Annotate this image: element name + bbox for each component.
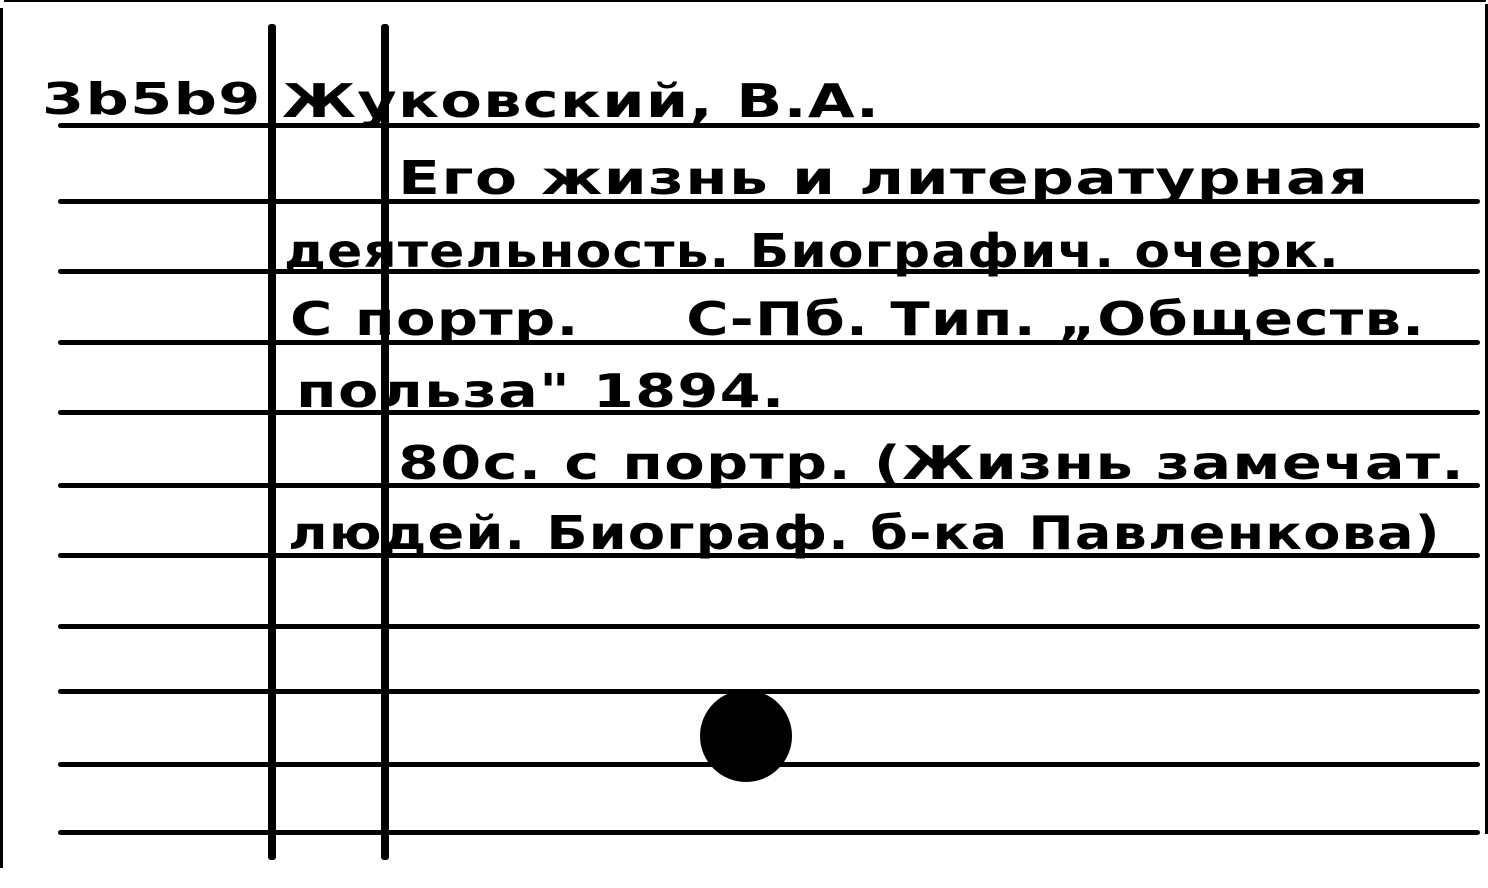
margin-rule-right	[381, 24, 389, 860]
entry-line-4: польза" 1894.	[296, 368, 786, 414]
margin-rule-left	[268, 24, 276, 860]
entry-line-3: С портр. С-Пб. Тип. „Обществ.	[290, 296, 1425, 342]
author-heading: Жуковский, В.А.	[282, 78, 880, 124]
punch-hole	[700, 690, 792, 782]
catalog-card: 3b5b9 Жуковский, В.А. Его жизнь и литера…	[0, 0, 1488, 888]
entry-line-1: Его жизнь и литературная	[398, 155, 1369, 201]
card-top-edge	[4, 0, 1486, 2]
entry-line-5: 80с. с портр. (Жизнь замечат.	[398, 440, 1465, 486]
card-left-edge	[0, 8, 3, 868]
call-number: 3b5b9	[42, 78, 262, 122]
entry-line-6: людей. Биограф. б-ка Павленкова)	[288, 510, 1441, 556]
entry-line-2: деятельность. Биографич. очерк.	[284, 228, 1340, 274]
